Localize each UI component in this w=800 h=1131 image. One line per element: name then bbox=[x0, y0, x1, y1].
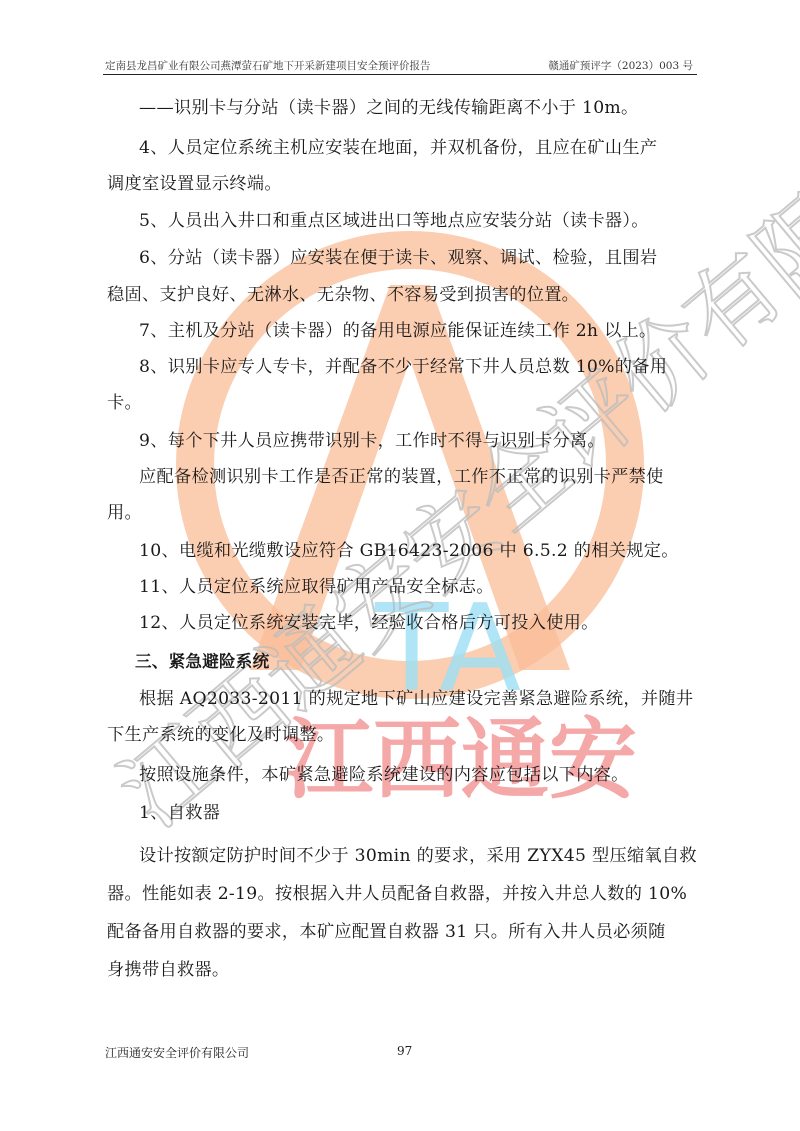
paragraph-line: 用。 bbox=[107, 505, 142, 522]
red-watermark-text: 江西通安 bbox=[285, 708, 637, 811]
paragraph-line: 按照设施条件，本矿紧急避险系统建设的内容应包括以下内容。 bbox=[139, 767, 629, 784]
paragraph-line: 配备备用自救器的要求，本矿应配置自救器 31 只。所有入井人员必须随 bbox=[107, 924, 666, 941]
paragraph-line: 应配备检测识别卡工作是否正常的装置，工作不正常的识别卡严禁使 bbox=[139, 469, 664, 486]
subsection-heading: 1、自救器 bbox=[139, 805, 220, 822]
paragraph-line: 5、人员出入井口和重点区域进出口等地点应安装分站（读卡器）。 bbox=[139, 213, 649, 230]
page-number: 97 bbox=[397, 1044, 412, 1058]
paragraph-line: 根据 AQ2033-2011 的规定地下矿山应建设完善紧急避险系统，并随井 bbox=[139, 691, 693, 708]
paragraph-line: 6、分站（读卡器）应安装在便于读卡、观察、调试、检验，且围岩 bbox=[139, 250, 657, 267]
paragraph-line: 稳固、支护良好、无淋水、无杂物、不容易受到损害的位置。 bbox=[107, 287, 579, 304]
paragraph-line: 器。性能如表 2-19。按根据入井人员配备自救器，并按入井总人数的 10% bbox=[107, 886, 687, 903]
paragraph-line: 4、人员定位系统主机应安装在地面，并双机备份，且应在矿山生产 bbox=[139, 140, 657, 157]
paragraph-line: 11、人员定位系统应取得矿用产品安全标志。 bbox=[139, 579, 494, 596]
page-header: 定南县龙昌矿业有限公司燕潭萤石矿地下开采新建项目安全预评价报告 赣通矿预评字（2… bbox=[103, 56, 697, 75]
paragraph-line: 8、识别卡应专人专卡，并配备不少于经常下井人员总数 10%的备用 bbox=[139, 359, 667, 376]
paragraph-line: 身携带自救器。 bbox=[107, 962, 229, 979]
document-number: 赣通矿预评字（2023）003 号 bbox=[548, 58, 693, 73]
paragraph-line: 7、主机及分站（读卡器）的备用电源应能保证连续工作 2h 以上。 bbox=[139, 323, 657, 340]
section-heading: 三、紧急避险系统 bbox=[135, 654, 269, 671]
paragraph-line: 设计按额定防护时间不少于 30min 的要求，采用 ZYX45 型压缩氧自救 bbox=[139, 848, 697, 865]
report-title: 定南县龙昌矿业有限公司燕潭萤石矿地下开采新建项目安全预评价报告 bbox=[105, 58, 431, 73]
paragraph-line: 12、人员定位系统安装完毕，经验收合格后方可投入使用。 bbox=[139, 615, 599, 632]
paragraph-line: 下生产系统的变化及时调整。 bbox=[107, 727, 334, 744]
paragraph-line: 调度室设置显示终端。 bbox=[107, 176, 282, 193]
footer-company: 江西通安安全评价有限公司 bbox=[105, 1044, 249, 1061]
paragraph-line: ——识别卡与分站（读卡器）之间的无线传输距离不小于 10m。 bbox=[139, 100, 639, 117]
paragraph-line: 10、电缆和光缆敷设应符合 GB16423-2006 中 6.5.2 的相关规定… bbox=[139, 543, 679, 560]
paragraph-line: 9、每个下井人员应携带识别卡，工作时不得与识别卡分离。 bbox=[139, 433, 605, 450]
paragraph-line: 卡。 bbox=[107, 395, 142, 412]
